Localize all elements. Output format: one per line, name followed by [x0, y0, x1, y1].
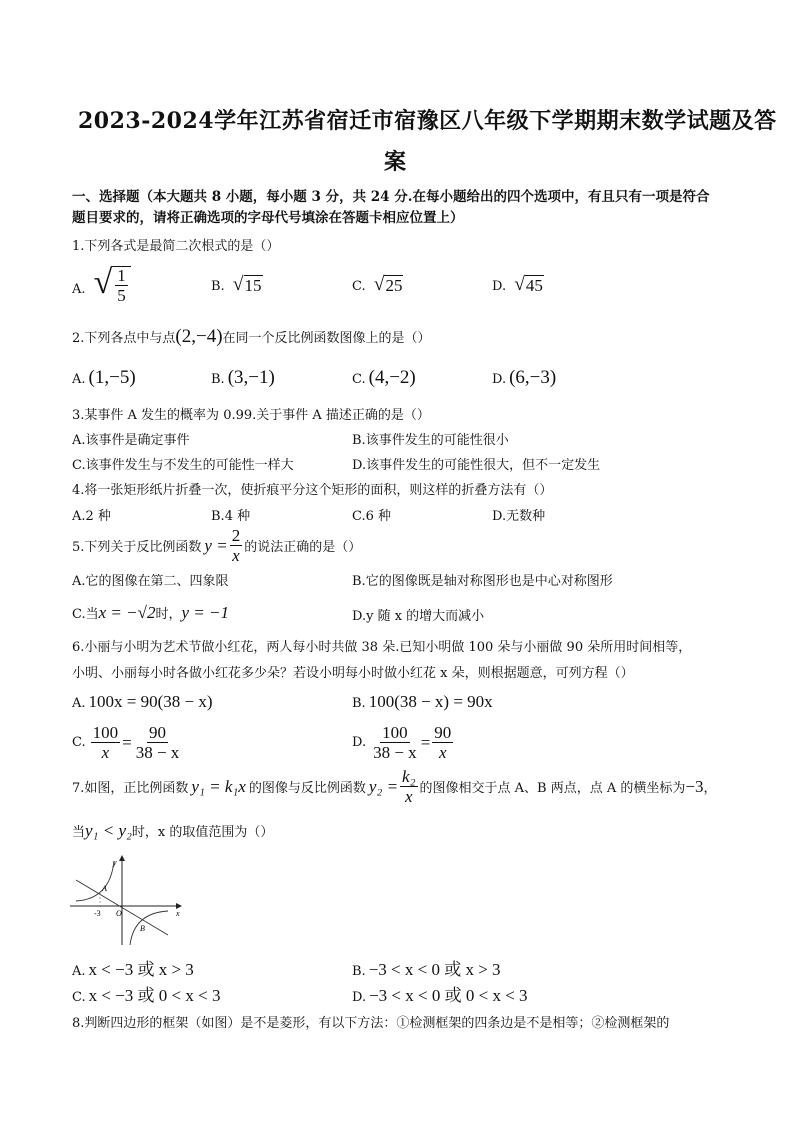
question-5-stem: 5.下列关于反比例函数 y = 2x 的说法正确的是（） — [72, 527, 361, 564]
question-5-option-d: D.y 随 x 的增大而减小 — [352, 605, 484, 624]
question-4-option-d: D.无数种 — [492, 505, 545, 524]
section-heading-line1: 一、选择题（本大题共 8 小题，每小题 3 分，共 24 分.在每小题给出的四个… — [72, 185, 709, 205]
svg-text:B: B — [140, 924, 145, 933]
question-1-option-c: C. √25 — [352, 275, 403, 296]
question-7-option-b: B.−3 < x < 0 或 x > 3 — [352, 955, 501, 980]
question-6-stem-line2: 小明、小丽每小时各做小红花多少朵？若设小明每小时做小红花 x 朵，则根据题意，可… — [72, 662, 634, 681]
question-4-option-b: B.4 种 — [211, 505, 250, 524]
section-heading-line2: 题目要求的，请将正确选项的字母代号填涂在答题卡相应位置上） — [72, 206, 464, 226]
question-3-option-b: B.该事件发生的可能性很小 — [352, 429, 509, 448]
question-4-option-a: A.2 种 — [72, 505, 111, 524]
question-3-option-d: D.该事件发生的可能性很大，但不一定发生 — [352, 454, 600, 473]
question-2-option-a: A.(1,−5) — [72, 367, 136, 389]
question-4-option-c: C.6 种 — [352, 505, 391, 524]
question-6-option-a: A.100x = 90(38 − x) — [72, 692, 213, 712]
question-6-option-c: C. 100x = 9038 − x — [72, 724, 183, 761]
question-7-option-a: A.x < −3 或 x > 3 — [72, 955, 194, 980]
y-axis-arrow-icon — [119, 855, 125, 861]
question-7-option-d: D.−3 < x < 0 或 0 < x < 3 — [352, 981, 528, 1006]
svg-text:A: A — [101, 884, 107, 893]
question-2-stem: 2.下列各点中与点(2,−4)在同一个反比例函数图像上的是（） — [72, 326, 431, 348]
svg-text:y: y — [112, 858, 117, 867]
svg-text:O: O — [116, 909, 122, 918]
question-2-option-b: B.(3,−1) — [211, 367, 275, 389]
question-6-option-b: B.100(38 − x) = 90x — [352, 692, 493, 712]
question-7-stem-line1: 7.如图，正比例函数 y₁ = k₁x 的图像与反比例函数 y₂ = k₂x 的… — [72, 768, 716, 805]
question-1-option-a: A. √ 15 — [72, 266, 131, 304]
option-label: A. — [72, 282, 86, 297]
question-6-stem-line1: 6.小丽与小明为艺术节做小红花，两人每小时共做 38 朵.已知小明做 100 朵… — [72, 636, 691, 655]
question-6-option-d: D. 10038 − x = 90x — [352, 724, 455, 761]
question-3-stem: 3.某事件 A 发生的概率为 0.99.关于事件 A 描述正确的是（） — [72, 404, 430, 423]
question-3-option-c: C.该事件发生与不发生的可能性一样大 — [72, 454, 294, 473]
document-title-line1: 2023-2024学年江苏省宿迁市宿豫区八年级下学期期末数学试题及答 — [78, 104, 777, 135]
question-5-option-b: B.它的图像既是轴对称图形也是中心对称图形 — [352, 570, 613, 589]
point-expr: (2,−4) — [175, 326, 222, 347]
question-1-option-b: B. √15 — [211, 275, 263, 296]
question-7-option-c: C.x < −3 或 0 < x < 3 — [72, 981, 220, 1006]
sqrt-fraction: √ 15 — [94, 266, 131, 304]
question-3-option-a: A.该事件是确定事件 — [72, 429, 190, 448]
svg-text:-3: -3 — [94, 909, 101, 918]
question-4-stem: 4.将一张矩形纸片折叠一次，使折痕平分这个矩形的面积，则这样的折叠方法有（） — [72, 479, 552, 498]
question-1-stem: 1.下列各式是最简二次根式的是（） — [72, 235, 279, 254]
question-5-option-a: A.它的图像在第二、四象限 — [72, 570, 229, 589]
question-1-option-d: D. √45 — [492, 275, 544, 296]
question-2-option-c: C.(4,−2) — [352, 367, 416, 389]
question-5-option-c: C.当x = −√2时，y = −1 — [72, 603, 229, 623]
document-title-line2: 案 — [384, 145, 407, 176]
question-2-option-d: D.(6,−3) — [492, 367, 556, 389]
question-8-stem-line1: 8.判断四边形的框架（如图）是不是菱形，有以下方法：①检测框架的四条边是不是相等… — [72, 1012, 669, 1031]
svg-text:x: x — [175, 909, 180, 918]
question-7-stem-line2: 当y₁ < y₂时，x 的取值范围为（） — [72, 821, 273, 841]
hyperbola-branch-upper — [76, 861, 114, 901]
question-7-graph-figure: y x O A B -3 — [68, 853, 188, 948]
